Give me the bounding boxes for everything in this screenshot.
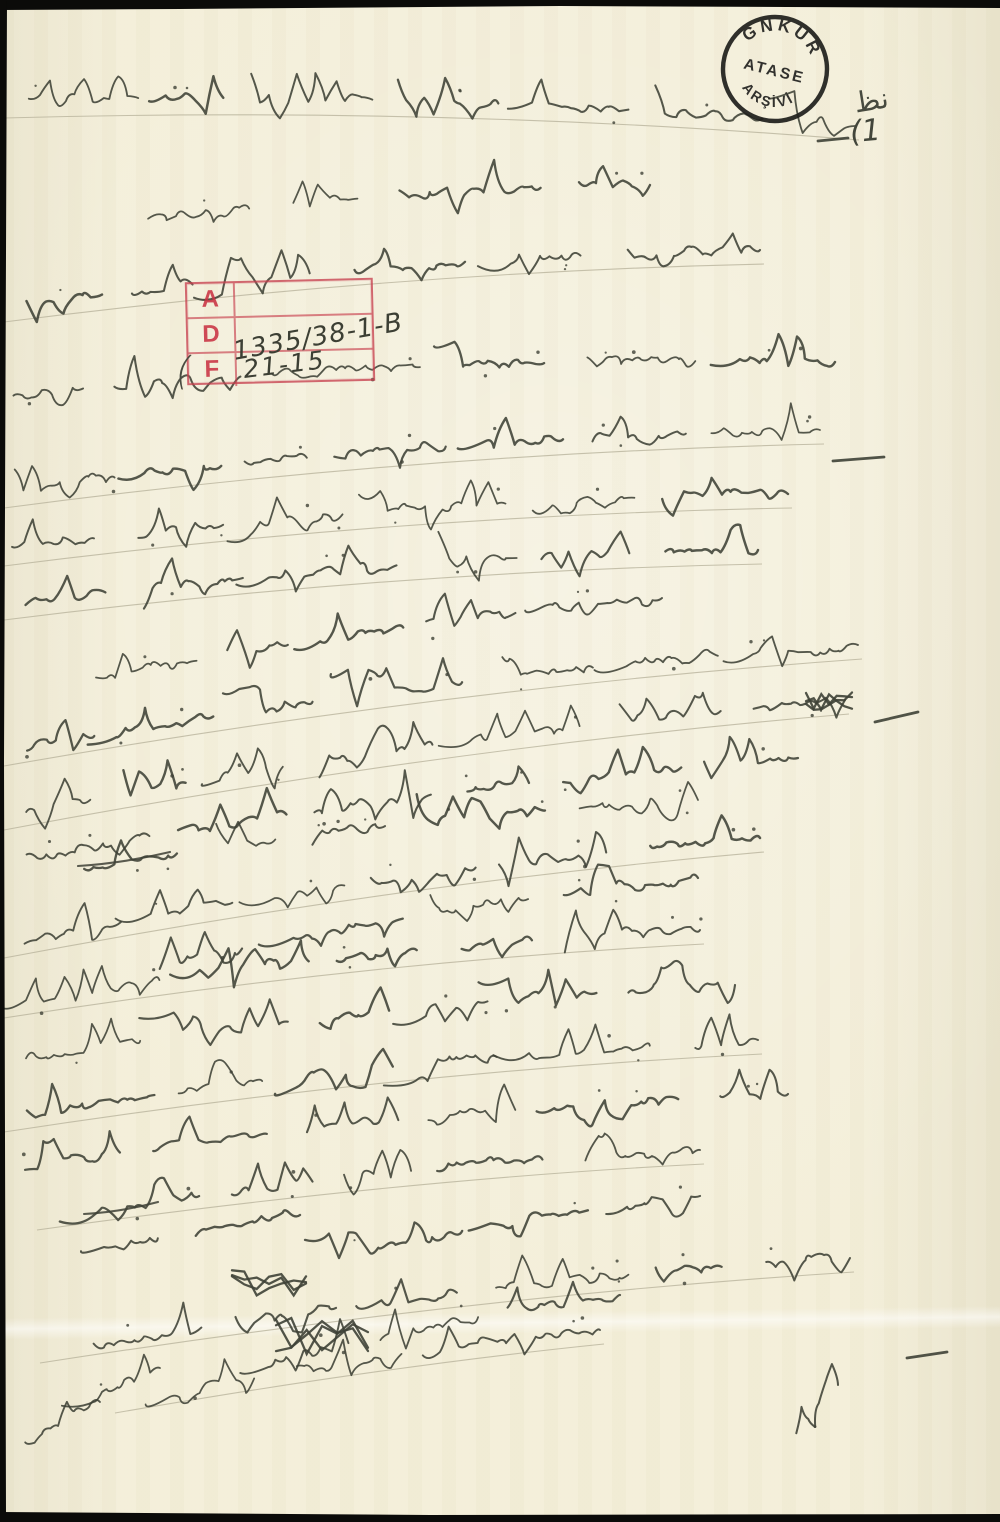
document-page: GNKUR ATASE ARŞİVİ A D F 1335/38-1-B 21-… xyxy=(0,0,1000,1522)
scan-edges xyxy=(0,0,1000,1522)
